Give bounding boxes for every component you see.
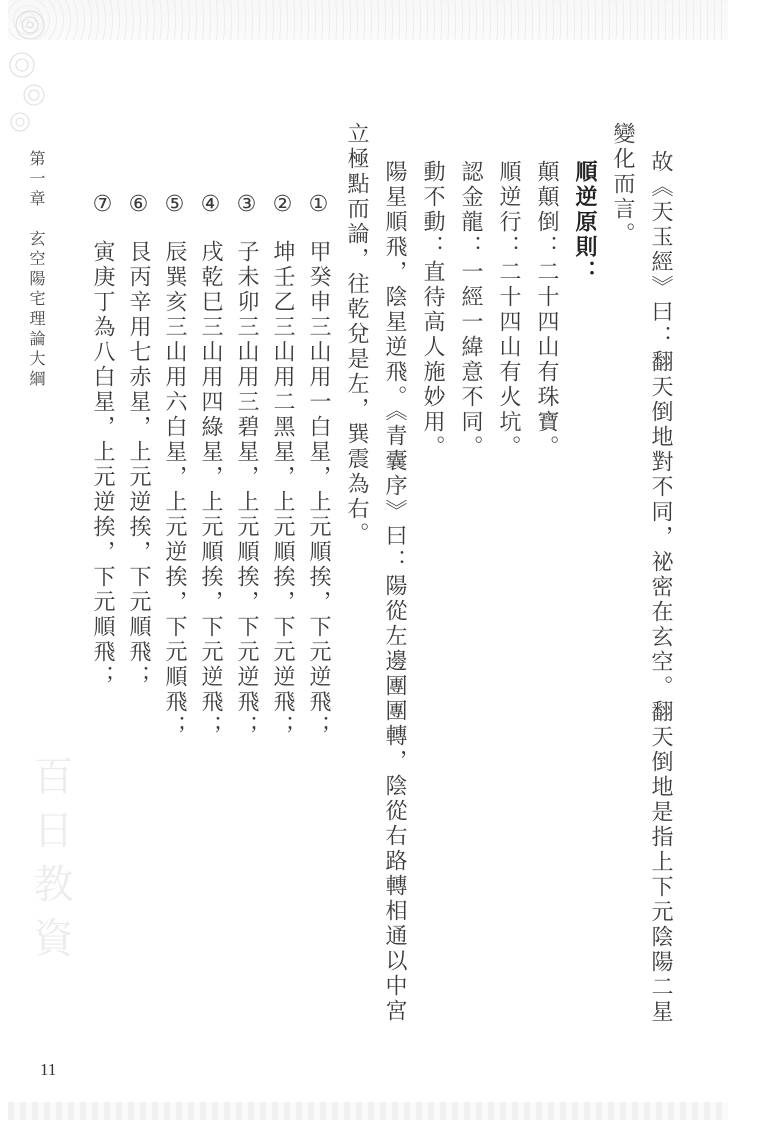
rule-text: 辰巽亥三山用六白星，上元逆挨，下元順飛；	[162, 240, 186, 740]
text-column: 動不動：直待高人施妙用。	[420, 160, 444, 460]
rule-text: 子未卯三山用三碧星，上元順挨，下元逆飛；	[234, 240, 258, 740]
decorative-header-band	[8, 0, 728, 40]
text-column: 顛顛倒：二十四山有珠寶。	[534, 160, 558, 460]
rule-text: 甲癸申三山用一白星，上元順挨，下元逆飛；	[306, 240, 330, 740]
page-number: 11	[40, 1060, 56, 1080]
rule-text: 寅庚丁為八白星，上元逆挨，下元順飛；	[90, 240, 114, 690]
text-column: 陽星順飛，陰星逆飛。《青囊序》曰：陽從左邊團團轉，陰從右路轉相通以中宮	[382, 160, 406, 1024]
rule-number: ⑥	[126, 192, 150, 220]
section-heading: 順逆原則：	[572, 160, 596, 285]
text-column: 順逆行：二十四山有火坑。	[496, 160, 520, 460]
rule-number: ③	[234, 192, 258, 220]
rule-number: ②	[270, 192, 294, 220]
chapter-title: 第一章 玄空陽宅理論大綱	[25, 150, 48, 390]
text-column: 認金龍：一經一緯意不同。	[458, 160, 482, 460]
decorative-cloud-swirl-icon	[0, 0, 60, 140]
rule-text: 坤壬乙三山用二黑星，上元順挨，下元逆飛；	[270, 240, 294, 740]
watermark-seal: 百日教資	[22, 755, 79, 971]
rule-number: ⑤	[162, 192, 186, 220]
text-column: 變化而言。	[610, 122, 634, 247]
rule-number: ⑦	[90, 192, 114, 220]
rule-text: 艮丙辛用七赤星，上元逆挨，下元順飛；	[126, 240, 150, 690]
rule-number: ④	[198, 192, 222, 220]
text-column: 故《天玉經》曰：翻天倒地對不同，祕密在玄空。翻天倒地是指上下元陰陽二星	[648, 150, 672, 1025]
rule-text: 戌乾巳三山用四綠星，上元順挨，下元逆飛；	[198, 240, 222, 740]
rule-number: ①	[306, 192, 330, 220]
text-column: 立極點而論，往乾兌是左，巽震為右。	[344, 122, 368, 547]
decorative-footer-band	[8, 1102, 728, 1120]
